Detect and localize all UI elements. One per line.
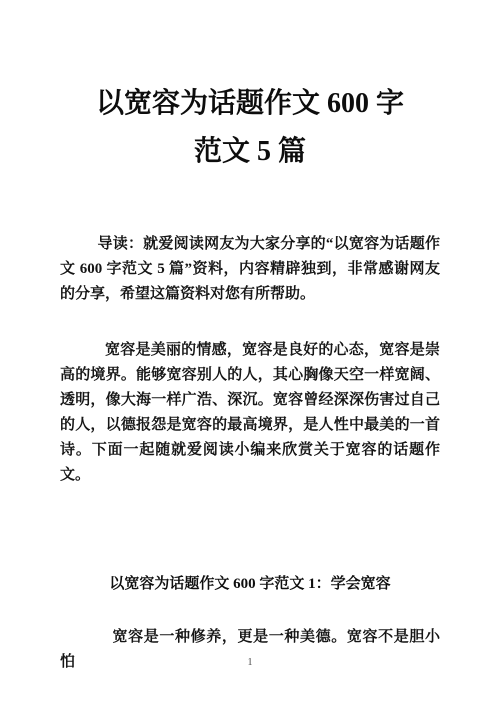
document-body: 导读：就爱阅读网友为大家分享的“以宽容为话题作文 600 字范文 5 篇”资料，… bbox=[60, 232, 440, 675]
intro-paragraph: 导读：就爱阅读网友为大家分享的“以宽容为话题作文 600 字范文 5 篇”资料，… bbox=[60, 232, 440, 307]
section-heading: 以宽容为话题作文 600 字范文 1：学会宽容 bbox=[60, 572, 440, 597]
document-title: 以宽容为话题作文 600 字 范文 5 篇 bbox=[0, 0, 500, 176]
document-title-line-2: 范文 5 篇 bbox=[0, 128, 500, 176]
page-number: 1 bbox=[248, 657, 253, 668]
page-footer: 1 bbox=[0, 652, 500, 670]
body-paragraph: 宽容是美丽的情感，宽容是良好的心态，宽容是崇高的境界。能够宽容别人的人，其心胸像… bbox=[60, 338, 440, 488]
document-title-line-1: 以宽容为话题作文 600 字 bbox=[0, 80, 500, 128]
document-page: 以宽容为话题作文 600 字 范文 5 篇 导读：就爱阅读网友为大家分享的“以宽… bbox=[0, 0, 500, 707]
